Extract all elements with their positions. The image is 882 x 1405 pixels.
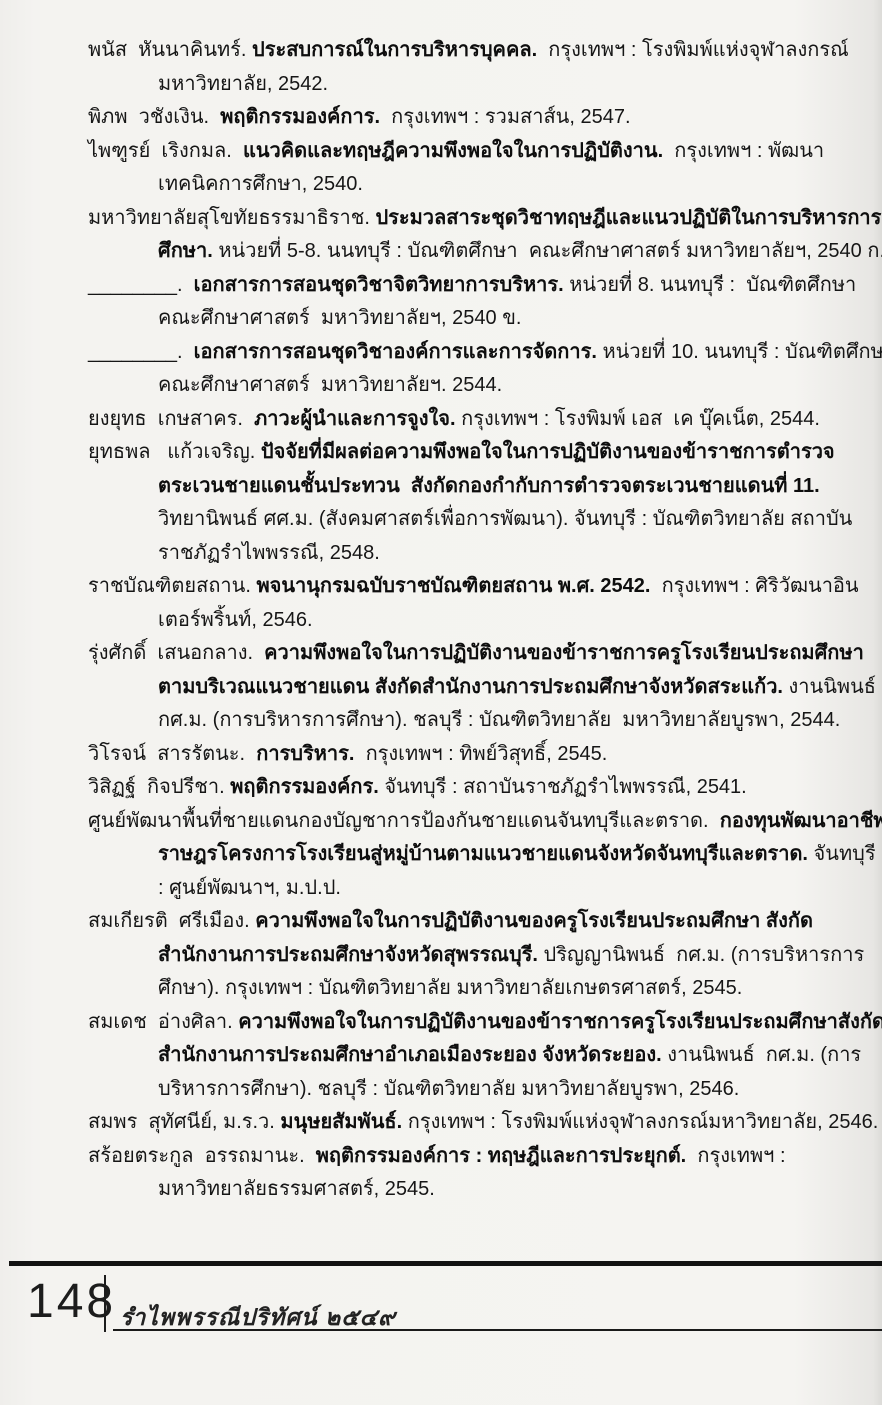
- reference-text: มหาวิทยาลัยสุโขทัยธรรมาธิราช.: [88, 207, 375, 229]
- reference-text: กศ.ม. (การบริหารการศึกษา). ชลบุรี : บัณฑ…: [158, 709, 840, 731]
- bibliography-line: วิโรจน์ สารรัตนะ. การบริหาร. กรุงเทพฯ : …: [88, 738, 868, 772]
- bibliography-line: ยงยุทธ เกษสาคร. ภาวะผู้นำและการจูงใจ. กร…: [88, 403, 868, 437]
- reference-title-text: สำนักงานการประถมศึกษาจังหวัดสุพรรณบุรี.: [158, 944, 538, 966]
- reference-text: สร้อยตระกูล อรรถมานะ.: [88, 1145, 316, 1167]
- reference-title-text: ปัจจัยที่มีผลต่อความพึงพอใจในการปฏิบัติง…: [261, 441, 835, 463]
- bibliography-line: สมพร สุทัศนีย์, ม.ร.ว. มนุษยสัมพันธ์. กร…: [88, 1106, 868, 1140]
- reference-text: ยุทธพล แก้วเจริญ.: [88, 441, 261, 463]
- reference-text: เทคนิคการศึกษา, 2540.: [158, 173, 363, 195]
- reference-text: วิโรจน์ สารรัตนะ.: [88, 743, 256, 765]
- reference-text: มหาวิทยาลัย, 2542.: [158, 73, 328, 95]
- reference-text: กรุงเทพฯ : โรงพิมพ์แห่งจุฬาลงกรณ์: [537, 39, 849, 61]
- reference-title-text: ความพึงพอใจในการปฏิบัติงานของข้าราชการคร…: [238, 1011, 882, 1033]
- reference-text: กรุงเทพฯ : ทิพย์วิสุทธิ์, 2545.: [354, 743, 607, 765]
- reference-title-text: ประสบการณ์ในการบริหารบุคคล.: [252, 39, 537, 61]
- bibliography-line: สำนักงานการประถมศึกษาอำเภอเมืองระยอง จัง…: [88, 1039, 868, 1073]
- bibliography-line: ตระเวนชายแดนชั้นประทวน สังกัดกองกำกับการ…: [88, 470, 868, 504]
- bibliography-entry: สมเกียรติ ศรีเมือง. ความพึงพอใจในการปฏิบ…: [88, 905, 868, 1006]
- reference-text: ราชภัฏรำไพพรรณี, 2548.: [158, 542, 380, 564]
- reference-text: รุ่งศักดิ์ เสนอกลาง.: [88, 642, 264, 664]
- reference-text: วิทยานิพนธ์ ศศ.ม. (สังคมศาสตร์เพื่อการพั…: [158, 508, 852, 530]
- reference-title-text: ตระเวนชายแดนชั้นประทวน สังกัดกองกำกับการ…: [158, 475, 820, 497]
- bibliography-line: คณะศึกษาศาสตร์ มหาวิทยาลัยฯ, 2540 ข.: [88, 302, 868, 336]
- bibliography-line: ราษฎรโครงการโรงเรียนสู่หมู่บ้านตามแนวชาย…: [88, 838, 868, 872]
- bibliography-line: ราชบัณฑิตยสถาน. พจนานุกรมฉบับราชบัณฑิตยส…: [88, 570, 868, 604]
- reference-title-text: แนวคิดและทฤษฎีความพึงพอใจในการปฏิบัติงาน…: [243, 140, 663, 162]
- bibliography-line: มหาวิทยาลัย, 2542.: [88, 68, 868, 102]
- bibliography-entry: ________. เอกสารการสอนชุดวิชาจิตวิทยาการ…: [88, 269, 868, 336]
- bibliography-line: สำนักงานการประถมศึกษาจังหวัดสุพรรณบุรี. …: [88, 939, 868, 973]
- bibliography-line: วิสิฏฐ์ กิจปรีชา. พฤติกรรมองค์กร. จันทบุ…: [88, 771, 868, 805]
- reference-text: กรุงเทพฯ : ศิริวัฒนาอิน: [650, 575, 858, 597]
- reference-text: : ศูนย์พัฒนาฯ, ม.ป.ป.: [158, 877, 341, 899]
- bibliography-line: พนัส หันนาคินทร์. ประสบการณ์ในการบริหารบ…: [88, 34, 868, 68]
- reference-title-text: ภาวะผู้นำและการจูงใจ.: [254, 408, 456, 430]
- bibliography-line: คณะศึกษาศาสตร์ มหาวิทยาลัยฯ. 2544.: [88, 369, 868, 403]
- reference-text: งานนิพนธ์: [783, 676, 876, 698]
- bibliography-entry: วิโรจน์ สารรัตนะ. การบริหาร. กรุงเทพฯ : …: [88, 738, 868, 772]
- reference-text: วิสิฏฐ์ กิจปรีชา.: [88, 776, 230, 798]
- bibliography-line: เทคนิคการศึกษา, 2540.: [88, 168, 868, 202]
- reference-title-text: สำนักงานการประถมศึกษาอำเภอเมืองระยอง จัง…: [158, 1044, 662, 1066]
- bibliography-entry: ยุทธพล แก้วเจริญ. ปัจจัยที่มีผลต่อความพึ…: [88, 436, 868, 570]
- bibliography-line: สมเกียรติ ศรีเมือง. ความพึงพอใจในการปฏิบ…: [88, 905, 868, 939]
- bibliography-line: ________. เอกสารการสอนชุดวิชาจิตวิทยาการ…: [88, 269, 868, 303]
- page-number: 148: [27, 1274, 101, 1329]
- bibliography-entry: ยงยุทธ เกษสาคร. ภาวะผู้นำและการจูงใจ. กร…: [88, 403, 868, 437]
- reference-text: ไพฑูรย์ เริงกมล.: [88, 140, 243, 162]
- reference-text: พนัส หันนาคินทร์.: [88, 39, 252, 61]
- bibliography-line: ยุทธพล แก้วเจริญ. ปัจจัยที่มีผลต่อความพึ…: [88, 436, 868, 470]
- reference-title-text: ความพึงพอใจในการปฏิบัติงานของข้าราชการคร…: [264, 642, 864, 664]
- bibliography-line: ไพฑูรย์ เริงกมล. แนวคิดและทฤษฎีความพึงพอ…: [88, 135, 868, 169]
- reference-text: จันทบุรี: [808, 843, 876, 865]
- bibliography-entry: สร้อยตระกูล อรรถมานะ. พฤติกรรมองค์การ : …: [88, 1140, 868, 1207]
- journal-title-underline: [113, 1329, 882, 1331]
- reference-text: ศูนย์พัฒนาพื้นที่ชายแดนกองบัญชาการป้องกั…: [88, 810, 720, 832]
- reference-title-text: มนุษยสัมพันธ์.: [280, 1111, 402, 1133]
- bibliography-line: ศึกษา. หน่วยที่ 5-8. นนทบุรี : บัณฑิตศึก…: [88, 235, 868, 269]
- bibliography-line: ________. เอกสารการสอนชุดวิชาองค์การและก…: [88, 336, 868, 370]
- bibliography-list: พนัส หันนาคินทร์. ประสบการณ์ในการบริหารบ…: [88, 34, 868, 1207]
- bibliography-entry: ________. เอกสารการสอนชุดวิชาองค์การและก…: [88, 336, 868, 403]
- reference-text: คณะศึกษาศาสตร์ มหาวิทยาลัยฯ. 2544.: [158, 374, 502, 396]
- scanned-document-page: พนัส หันนาคินทร์. ประสบการณ์ในการบริหารบ…: [0, 0, 882, 1405]
- bibliography-line: มหาวิทยาลัยธรรมศาสตร์, 2545.: [88, 1173, 868, 1207]
- bibliography-line: สร้อยตระกูล อรรถมานะ. พฤติกรรมองค์การ : …: [88, 1140, 868, 1174]
- bibliography-entry: มหาวิทยาลัยสุโขทัยธรรมาธิราช. ประมวลสาระ…: [88, 202, 868, 269]
- reference-title-text: พฤติกรรมองค์กร.: [230, 776, 379, 798]
- bibliography-line: วิทยานิพนธ์ ศศ.ม. (สังคมศาสตร์เพื่อการพั…: [88, 503, 868, 537]
- bibliography-line: มหาวิทยาลัยสุโขทัยธรรมาธิราช. ประมวลสาระ…: [88, 202, 868, 236]
- bibliography-entry: ศูนย์พัฒนาพื้นที่ชายแดนกองบัญชาการป้องกั…: [88, 805, 868, 906]
- bibliography-entry: สมเดช อ่างศิลา. ความพึงพอใจในการปฏิบัติง…: [88, 1006, 868, 1107]
- bibliography-entry: สมพร สุทัศนีย์, ม.ร.ว. มนุษยสัมพันธ์. กร…: [88, 1106, 868, 1140]
- reference-title-text: พฤติกรรมองค์การ.: [220, 106, 380, 128]
- bibliography-line: ตามบริเวณแนวชายแดน สังกัดสำนักงานการประถ…: [88, 671, 868, 705]
- reference-title-text: เอกสารการสอนชุดวิชาองค์การและการจัดการ.: [194, 341, 597, 363]
- reference-text: สมเดช อ่างศิลา.: [88, 1011, 238, 1033]
- reference-text: คณะศึกษาศาสตร์ มหาวิทยาลัยฯ, 2540 ข.: [158, 307, 521, 329]
- reference-text: ________.: [88, 341, 194, 363]
- bibliography-entry: ราชบัณฑิตยสถาน. พจนานุกรมฉบับราชบัณฑิตยส…: [88, 570, 868, 637]
- reference-text: กรุงเทพฯ : โรงพิมพ์ เอส เค บุ๊คเน็ต, 254…: [456, 408, 820, 430]
- bibliography-line: ศึกษา). กรุงเทพฯ : บัณฑิตวิทยาลัย มหาวิท…: [88, 972, 868, 1006]
- reference-title-text: ศึกษา.: [158, 240, 213, 262]
- footer-top-rule: [9, 1261, 882, 1266]
- reference-title-text: ราษฎรโครงการโรงเรียนสู่หมู่บ้านตามแนวชาย…: [158, 843, 808, 865]
- reference-title-text: ตามบริเวณแนวชายแดน สังกัดสำนักงานการประถ…: [158, 676, 783, 698]
- bibliography-entry: วิสิฏฐ์ กิจปรีชา. พฤติกรรมองค์กร. จันทบุ…: [88, 771, 868, 805]
- reference-text: สมเกียรติ ศรีเมือง.: [88, 910, 255, 932]
- bibliography-line: กศ.ม. (การบริหารการศึกษา). ชลบุรี : บัณฑ…: [88, 704, 868, 738]
- bibliography-line: : ศูนย์พัฒนาฯ, ม.ป.ป.: [88, 872, 868, 906]
- reference-title-text: การบริหาร.: [256, 743, 354, 765]
- bibliography-entry: พิภพ วชังเงิน. พฤติกรรมองค์การ. กรุงเทพฯ…: [88, 101, 868, 135]
- reference-text: กรุงเทพฯ :: [686, 1145, 785, 1167]
- reference-title-text: เอกสารการสอนชุดวิชาจิตวิทยาการบริหาร.: [194, 274, 564, 296]
- bibliography-entry: พนัส หันนาคินทร์. ประสบการณ์ในการบริหารบ…: [88, 34, 868, 101]
- reference-text: ราชบัณฑิตยสถาน.: [88, 575, 256, 597]
- reference-text: ________.: [88, 274, 194, 296]
- bibliography-line: ราชภัฏรำไพพรรณี, 2548.: [88, 537, 868, 571]
- bibliography-entry: ไพฑูรย์ เริงกมล. แนวคิดและทฤษฎีความพึงพอ…: [88, 135, 868, 202]
- reference-text: กรุงเทพฯ : รวมสาส์น, 2547.: [380, 106, 630, 128]
- reference-text: กรุงเทพฯ : โรงพิมพ์แห่งจุฬาลงกรณ์มหาวิทย…: [402, 1111, 878, 1133]
- reference-text: เตอร์พริ้นท์, 2546.: [158, 609, 313, 631]
- reference-text: งานนิพนธ์ กศ.ม. (การ: [662, 1044, 861, 1066]
- bibliography-line: พิภพ วชังเงิน. พฤติกรรมองค์การ. กรุงเทพฯ…: [88, 101, 868, 135]
- reference-text: พิภพ วชังเงิน.: [88, 106, 220, 128]
- reference-text: กรุงเทพฯ : พัฒนา: [663, 140, 824, 162]
- footer-vertical-divider: [104, 1275, 106, 1332]
- reference-title-text: ความพึงพอใจในการปฏิบัติงานของครูโรงเรียน…: [255, 910, 813, 932]
- bibliography-line: เตอร์พริ้นท์, 2546.: [88, 604, 868, 638]
- reference-title-text: พฤติกรรมองค์การ : ทฤษฎีและการประยุกต์.: [316, 1145, 687, 1167]
- reference-text: หน่วยที่ 5-8. นนทบุรี : บัณฑิตศึกษา คณะศ…: [213, 240, 882, 262]
- reference-title-text: พจนานุกรมฉบับราชบัณฑิตยสถาน พ.ศ. 2542.: [256, 575, 650, 597]
- reference-text: หน่วยที่ 8. นนทบุรี : บัณฑิตศึกษา: [564, 274, 857, 296]
- reference-text: หน่วยที่ 10. นนทบุรี : บัณฑิตศึกษา: [597, 341, 882, 363]
- reference-text: ปริญญานิพนธ์ กศ.ม. (การบริหารการ: [538, 944, 864, 966]
- reference-text: ศึกษา). กรุงเทพฯ : บัณฑิตวิทยาลัย มหาวิท…: [158, 977, 742, 999]
- reference-text: บริหารการศึกษา). ชลบุรี : บัณฑิตวิทยาลัย…: [158, 1078, 739, 1100]
- reference-title-text: กองทุนพัฒนาอาชีพ: [720, 810, 882, 832]
- reference-title-text: ประมวลสาระชุดวิชาทฤษฎีและแนวปฏิบัติในการ…: [375, 207, 881, 229]
- bibliography-line: รุ่งศักดิ์ เสนอกลาง. ความพึงพอใจในการปฏิ…: [88, 637, 868, 671]
- reference-text: ยงยุทธ เกษสาคร.: [88, 408, 254, 430]
- reference-text: สมพร สุทัศนีย์, ม.ร.ว.: [88, 1111, 280, 1133]
- bibliography-line: บริหารการศึกษา). ชลบุรี : บัณฑิตวิทยาลัย…: [88, 1073, 868, 1107]
- reference-text: จันทบุรี : สถาบันราชภัฏรำไพพรรณี, 2541.: [379, 776, 747, 798]
- reference-text: มหาวิทยาลัยธรรมศาสตร์, 2545.: [158, 1178, 435, 1200]
- bibliography-line: ศูนย์พัฒนาพื้นที่ชายแดนกองบัญชาการป้องกั…: [88, 805, 868, 839]
- bibliography-line: สมเดช อ่างศิลา. ความพึงพอใจในการปฏิบัติง…: [88, 1006, 868, 1040]
- bibliography-entry: รุ่งศักดิ์ เสนอกลาง. ความพึงพอใจในการปฏิ…: [88, 637, 868, 738]
